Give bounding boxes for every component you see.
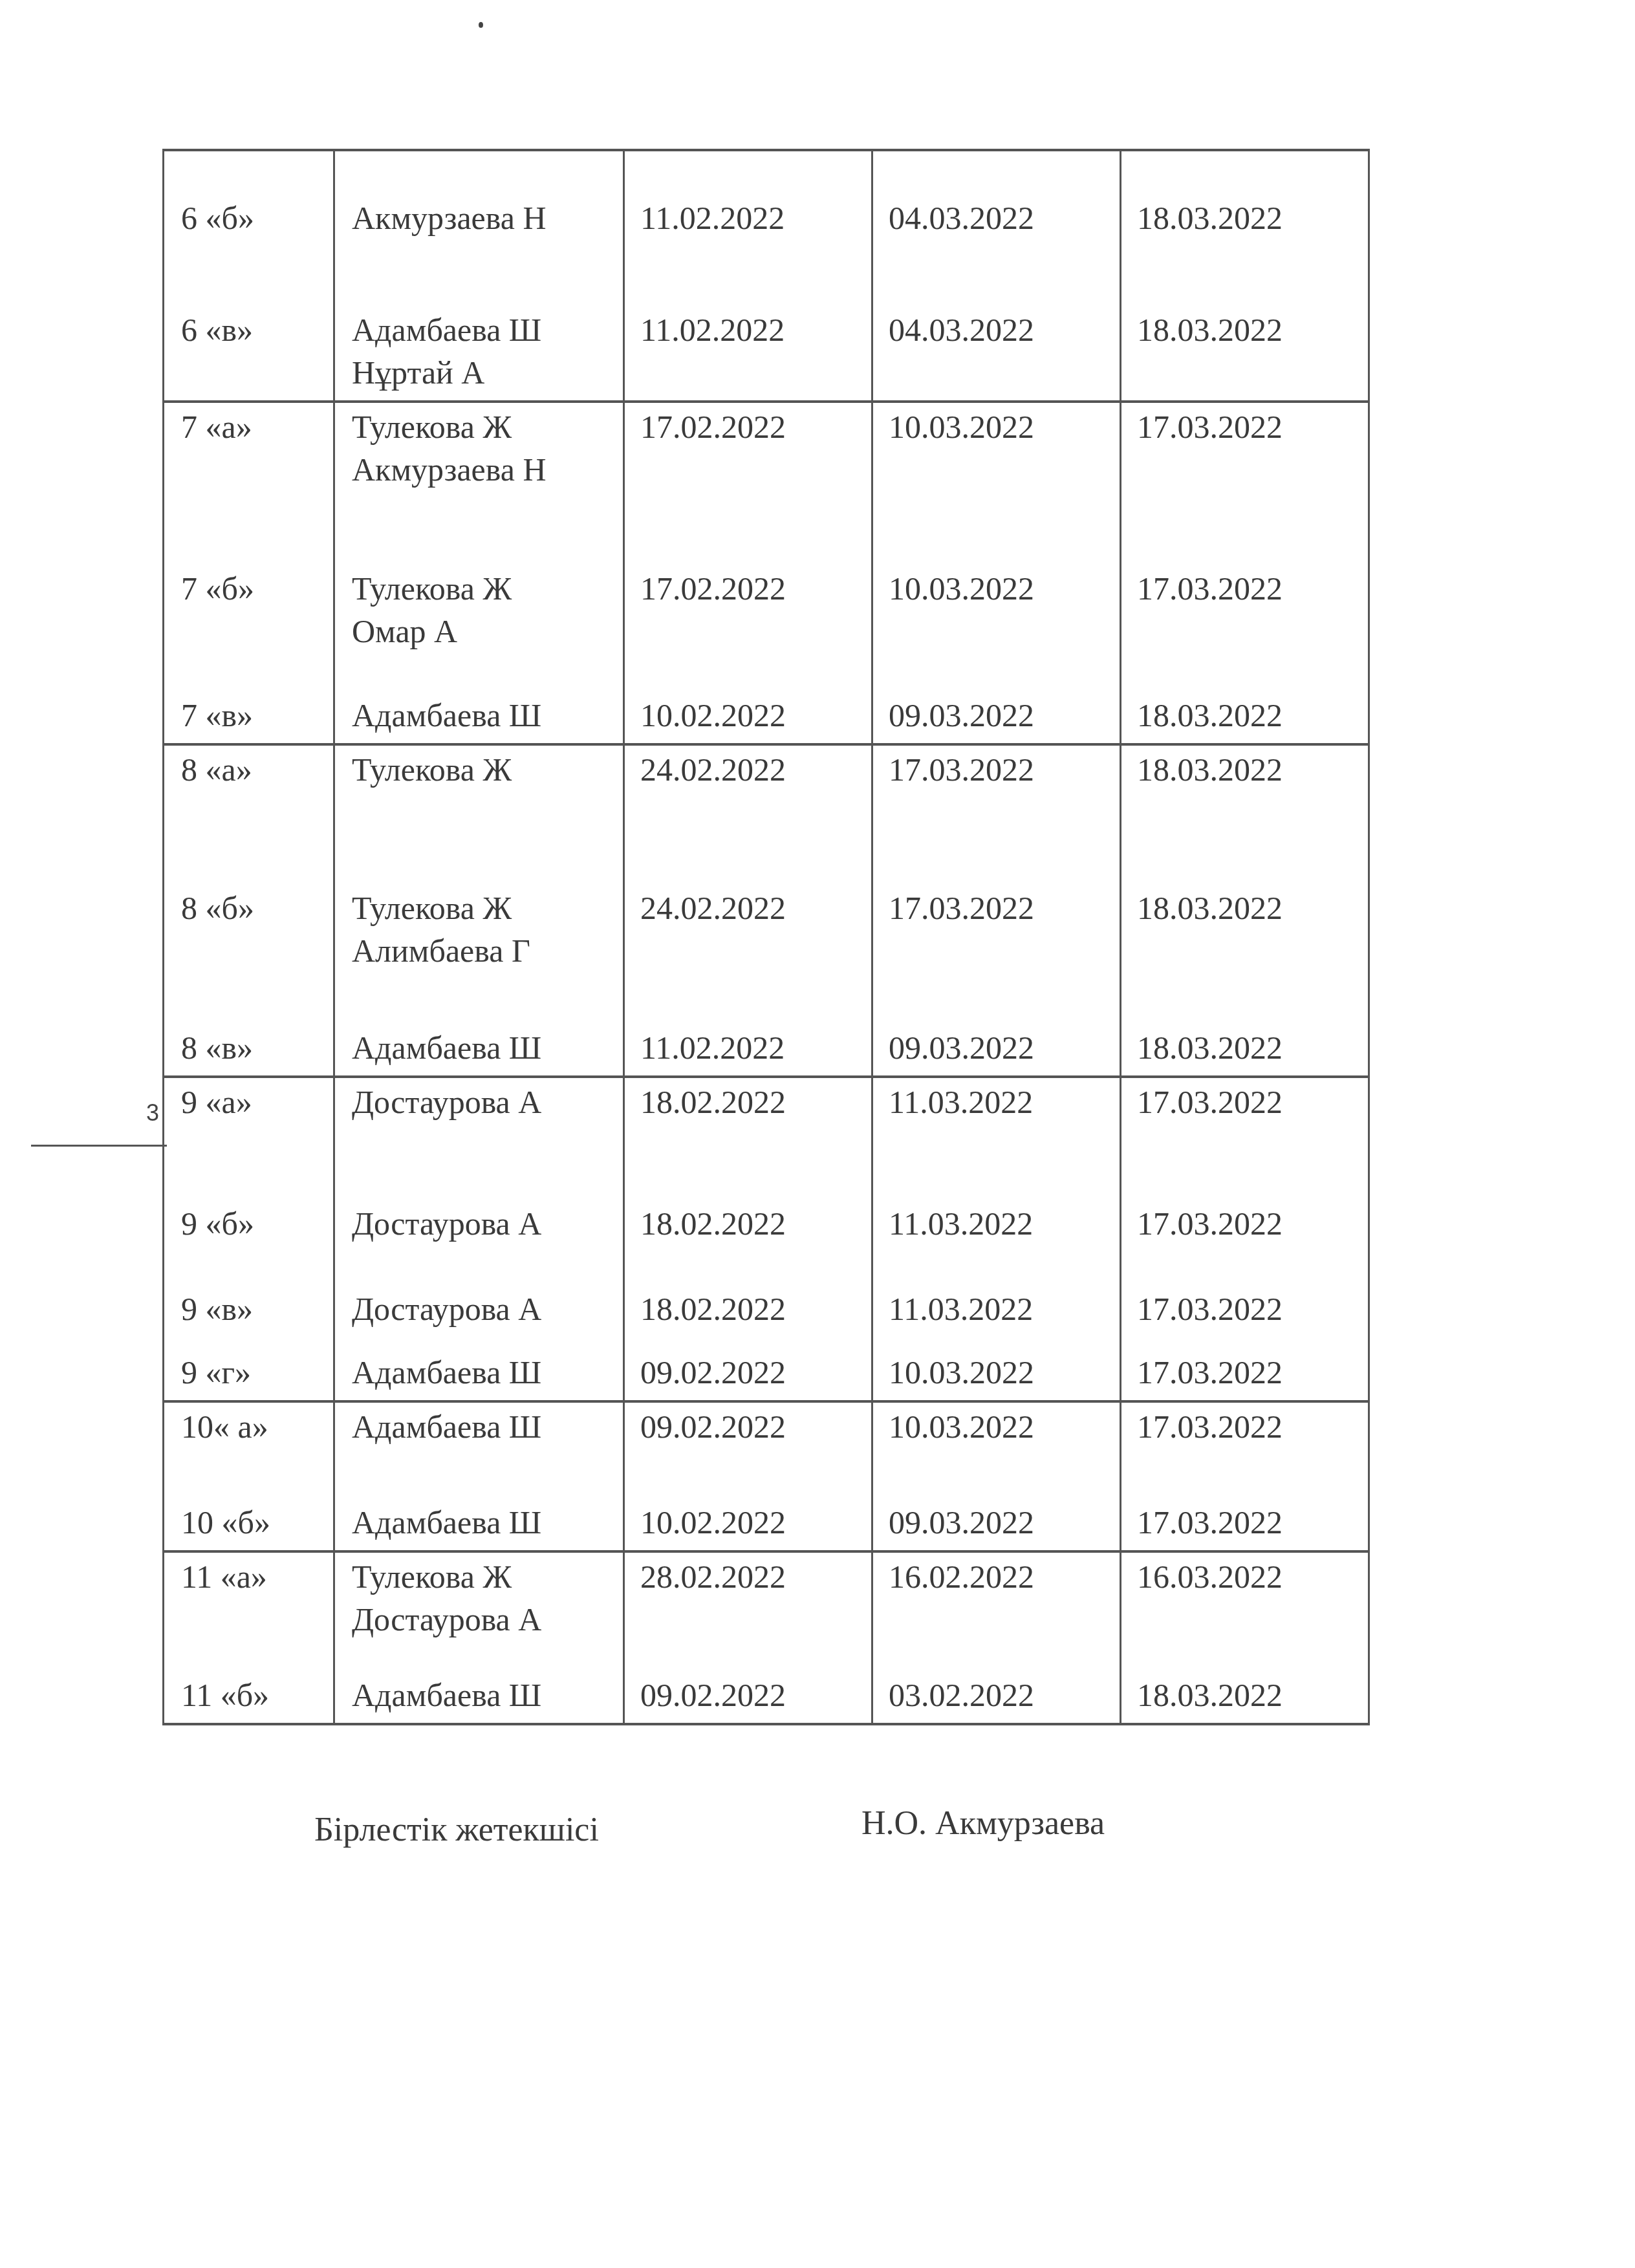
teacher-name: Достаурова А [352,1081,623,1123]
scan-speck [479,22,483,28]
first-check-date: 09.02.2022 [624,1642,872,1724]
second-check-date: 03.02.2022 [872,1642,1121,1724]
teacher-cell: Адамбаева Ш [334,1401,624,1462]
table-row: 7 «в»Адамбаева Ш10.02.202209.03.202218.0… [164,659,1369,744]
class-cell: 11 «а» [164,1551,334,1642]
first-check-date: 11.02.2022 [624,978,872,1077]
first-check-date: 17.02.2022 [624,402,872,531]
teacher-cell: Достаурова А [334,1077,624,1165]
third-check-date: 17.03.2022 [1121,1337,1369,1401]
teacher-cell: Адамбаева ШНұртай А [334,261,624,402]
teacher-name: Нұртай А [352,351,623,394]
class-cell: 10« а» [164,1401,334,1462]
first-check-date: 28.02.2022 [624,1551,872,1642]
table-row: 6 «в»Адамбаева ШНұртай А11.02.202204.03.… [164,261,1369,402]
class-cell: 8 «а» [164,744,334,849]
teacher-name: Омар А [352,610,623,653]
table-row: 8 «в»Адамбаева Ш11.02.202209.03.202218.0… [164,978,1369,1077]
third-check-date: 18.03.2022 [1121,1642,1369,1724]
table-row: 9 «в»Достаурова А18.02.202211.03.202217.… [164,1251,1369,1337]
first-check-date: 11.02.2022 [624,261,872,402]
class-cell: 9 «г» [164,1337,334,1401]
third-check-date: 17.03.2022 [1121,402,1369,531]
first-check-date: 11.02.2022 [624,150,872,261]
teacher-name: Достаурова А [352,1202,623,1245]
teacher-cell: Адамбаева Ш [334,659,624,744]
teacher-name: Акмурзаева Н [352,448,623,491]
second-check-date: 09.03.2022 [872,978,1121,1077]
teacher-name: Тулекова Ж [352,1555,623,1598]
third-check-date: 18.03.2022 [1121,849,1369,978]
schedule-body: 6 «б»Акмурзаева Н11.02.202204.03.202218.… [164,150,1369,1724]
second-check-date: 10.03.2022 [872,1401,1121,1462]
first-check-date: 10.02.2022 [624,659,872,744]
table-row: 8 «б»Тулекова ЖАлимбаева Г24.02.202217.0… [164,849,1369,978]
second-check-date: 10.03.2022 [872,1337,1121,1401]
teacher-name: Адамбаева Ш [352,694,623,737]
first-check-date: 18.02.2022 [624,1251,872,1337]
teacher-cell: Тулекова ЖАлимбаева Г [334,849,624,978]
third-check-date: 18.03.2022 [1121,659,1369,744]
class-cell: 7 «а» [164,402,334,531]
table-row: 9 «а»Достаурова А18.02.202211.03.202217.… [164,1077,1369,1165]
second-check-date: 10.03.2022 [872,531,1121,659]
second-check-date: 17.03.2022 [872,744,1121,849]
second-check-date: 09.03.2022 [872,659,1121,744]
table-row: 9 «б»Достаурова А18.02.202211.03.202217.… [164,1165,1369,1251]
margin-page-number: 3 [146,1099,159,1127]
teacher-name: Адамбаева Ш [352,1351,623,1394]
teacher-cell: Тулекова Ж [334,744,624,849]
third-check-date: 17.03.2022 [1121,1251,1369,1337]
teacher-name: Адамбаева Ш [352,1674,623,1716]
third-check-date: 18.03.2022 [1121,150,1369,261]
class-cell: 7 «в» [164,659,334,744]
table-row: 11 «б»Адамбаева Ш09.02.202203.02.202218.… [164,1642,1369,1724]
teacher-cell: Достаурова А [334,1251,624,1337]
teacher-cell: Адамбаева Ш [334,978,624,1077]
first-check-date: 09.02.2022 [624,1401,872,1462]
first-check-date: 09.02.2022 [624,1337,872,1401]
class-cell: 8 «в» [164,978,334,1077]
second-check-date: 09.03.2022 [872,1462,1121,1551]
teacher-cell: Тулекова ЖДостаурова А [334,1551,624,1642]
third-check-date: 17.03.2022 [1121,1077,1369,1165]
first-check-date: 24.02.2022 [624,849,872,978]
third-check-date: 18.03.2022 [1121,261,1369,402]
class-cell: 9 «б» [164,1165,334,1251]
teacher-name: Тулекова Ж [352,748,623,791]
class-cell: 7 «б» [164,531,334,659]
third-check-date: 17.03.2022 [1121,531,1369,659]
teacher-name: Тулекова Ж [352,567,623,610]
teacher-name: Адамбаева Ш [352,1501,623,1544]
table-row: 7 «б»Тулекова ЖОмар А17.02.202210.03.202… [164,531,1369,659]
teacher-name: Алимбаева Г [352,929,623,972]
class-cell: 9 «а» [164,1077,334,1165]
second-check-date: 04.03.2022 [872,261,1121,402]
first-check-date: 18.02.2022 [624,1077,872,1165]
table-row: 9 «г»Адамбаева Ш09.02.202210.03.202217.0… [164,1337,1369,1401]
teacher-cell: Акмурзаева Н [334,150,624,261]
footer-signatory-name: Н.О. Акмурзаева [861,1804,1105,1842]
footer-role: Бірлестік жетекшісі [314,1811,599,1849]
class-cell: 6 «в» [164,261,334,402]
class-cell: 10 «б» [164,1462,334,1551]
margin-rule [31,1145,167,1147]
second-check-date: 11.03.2022 [872,1165,1121,1251]
first-check-date: 10.02.2022 [624,1462,872,1551]
third-check-date: 17.03.2022 [1121,1401,1369,1462]
third-check-date: 18.03.2022 [1121,744,1369,849]
teacher-name: Тулекова Ж [352,405,623,448]
second-check-date: 17.03.2022 [872,849,1121,978]
teacher-cell: Тулекова ЖАкмурзаева Н [334,402,624,531]
third-check-date: 17.03.2022 [1121,1462,1369,1551]
second-check-date: 11.03.2022 [872,1077,1121,1165]
teacher-name: Тулекова Ж [352,887,623,929]
class-cell: 11 «б» [164,1642,334,1724]
teacher-cell: Адамбаева Ш [334,1337,624,1401]
teacher-name: Адамбаева Ш [352,1026,623,1069]
table-row: 10 «б»Адамбаева Ш10.02.202209.03.202217.… [164,1462,1369,1551]
teacher-cell: Тулекова ЖОмар А [334,531,624,659]
third-check-date: 16.03.2022 [1121,1551,1369,1642]
table-row: 11 «а»Тулекова ЖДостаурова А28.02.202216… [164,1551,1369,1642]
second-check-date: 16.02.2022 [872,1551,1121,1642]
third-check-date: 18.03.2022 [1121,978,1369,1077]
second-check-date: 04.03.2022 [872,150,1121,261]
class-cell: 6 «б» [164,150,334,261]
teacher-name: Акмурзаева Н [352,197,623,239]
schedule-table: 6 «б»Акмурзаева Н11.02.202204.03.202218.… [162,149,1370,1725]
class-cell: 8 «б» [164,849,334,978]
first-check-date: 18.02.2022 [624,1165,872,1251]
second-check-date: 11.03.2022 [872,1251,1121,1337]
first-check-date: 24.02.2022 [624,744,872,849]
table-row: 6 «б»Акмурзаева Н11.02.202204.03.202218.… [164,150,1369,261]
teacher-name: Адамбаева Ш [352,1405,623,1448]
teacher-cell: Адамбаева Ш [334,1642,624,1724]
table-row: 7 «а»Тулекова ЖАкмурзаева Н17.02.202210.… [164,402,1369,531]
teacher-name: Достаурова А [352,1288,623,1330]
third-check-date: 17.03.2022 [1121,1165,1369,1251]
table-row: 10« а»Адамбаева Ш09.02.202210.03.202217.… [164,1401,1369,1462]
teacher-name: Адамбаева Ш [352,308,623,351]
second-check-date: 10.03.2022 [872,402,1121,531]
teacher-cell: Адамбаева Ш [334,1462,624,1551]
teacher-name: Достаурова А [352,1598,623,1641]
table-row: 8 «а»Тулекова Ж24.02.202217.03.202218.03… [164,744,1369,849]
class-cell: 9 «в» [164,1251,334,1337]
teacher-cell: Достаурова А [334,1165,624,1251]
first-check-date: 17.02.2022 [624,531,872,659]
